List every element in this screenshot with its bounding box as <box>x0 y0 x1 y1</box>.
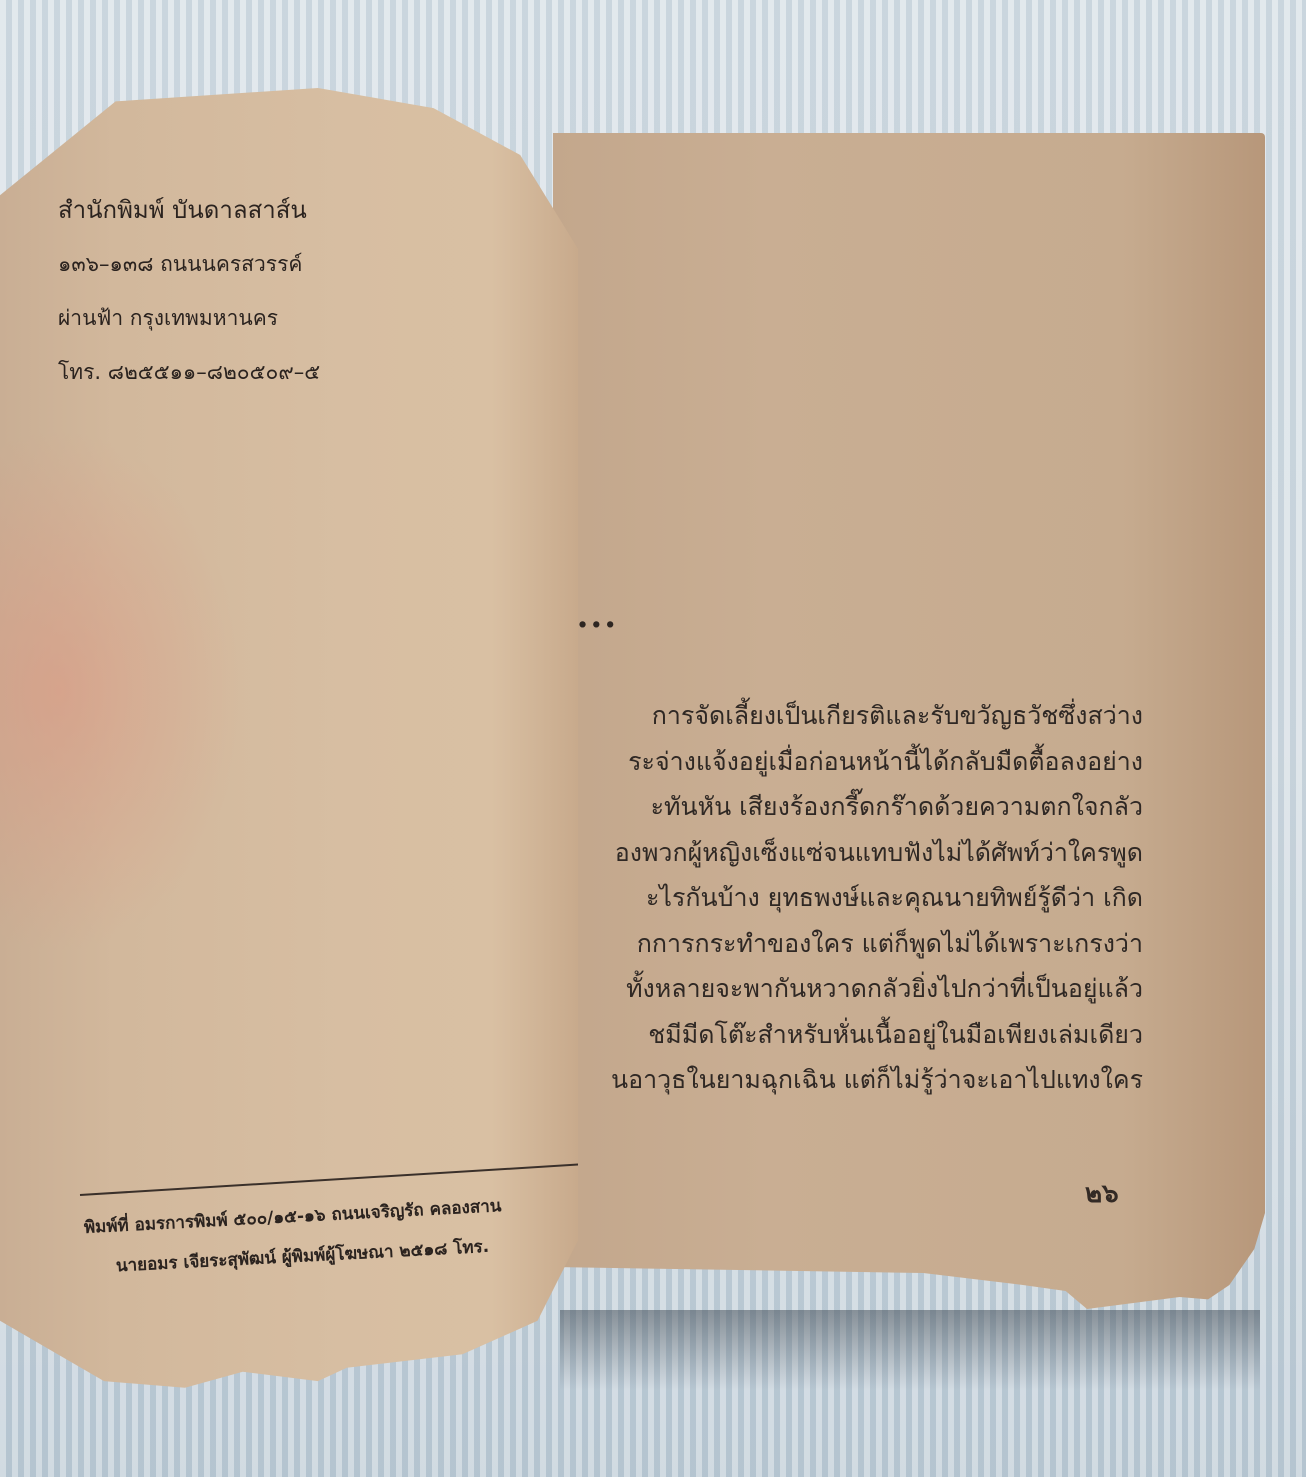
body-line: กการกระทำของใคร แต่ก็พูดไม่ได้เพราะเกรงว… <box>553 921 1143 967</box>
printer-info: พิมพ์ที่ อมรการพิมพ์ ๕๐๐/๑๕-๑๖ ถนนเจริญร… <box>83 1186 505 1288</box>
body-line: องพวกผู้หญิงเซ็งแซ่จนแทบฟังไม่ได้ศัพท์ว่… <box>553 830 1143 876</box>
divider-rule <box>80 1163 579 1196</box>
left-book-page: สำนักพิมพ์ บันดาลสาส์น ๑๓๖–๑๓๘ ถนนนครสวร… <box>0 88 578 1428</box>
publisher-name: สำนักพิมพ์ บันดาลสาส์น <box>58 183 320 237</box>
body-text: การจัดเลี้ยงเป็นเกียรติและรับขวัญธวัชซึ่… <box>553 693 1143 1103</box>
publisher-district: ผ่านฟ้า กรุงเทพมหานคร <box>58 291 320 345</box>
body-line: ทั้งหลายจะพากันหวาดกลัวยิ่งไปกว่าที่เป็น… <box>553 966 1143 1012</box>
page-shadow <box>560 1310 1260 1390</box>
body-line: นอาวุธในยามฉุกเฉิน แต่ก็ไม่รู้ว่าจะเอาไป… <box>553 1057 1143 1103</box>
body-line: ระจ่างแจ้งอยู่เมื่อก่อนหน้านี้ได้กลับมืด… <box>553 739 1143 785</box>
publisher-phone: โทร. ๘๒๕๕๑๑–๘๒๐๕๐๙–๕ <box>58 345 320 399</box>
body-line: ชมีมีดโต๊ะสำหรับหั่นเนื้ออยู่ในมือเพียงเ… <box>553 1012 1143 1058</box>
body-line: ะไรกันบ้าง ยุทธพงษ์และคุณนายทิพย์รู้ดีว่… <box>553 875 1143 921</box>
body-line: การจัดเลี้ยงเป็นเกียรติและรับขวัญธวัชซึ่… <box>553 693 1143 739</box>
publisher-address: ๑๓๖–๑๓๘ ถนนนครสวรรค์ <box>58 237 320 291</box>
page-number: ๒๖ <box>1085 1173 1119 1214</box>
body-line: ะทันหัน เสียงร้องกรี๊ดกร๊าดด้วยความตกใจก… <box>553 784 1143 830</box>
publisher-imprint: สำนักพิมพ์ บันดาลสาส์น ๑๓๖–๑๓๘ ถนนนครสวร… <box>58 183 320 399</box>
right-book-page: ๑... การจัดเลี้ยงเป็นเกียรติและรับขวัญธว… <box>553 133 1265 1333</box>
